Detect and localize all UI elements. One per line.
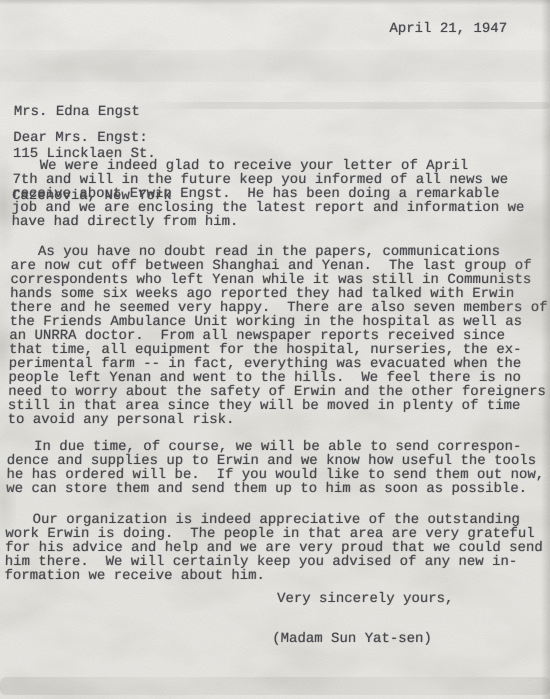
paragraph-3: In due time, of course, we will be able … bbox=[6, 440, 550, 496]
paragraph-4: Our organization is indeed appreciative … bbox=[4, 513, 550, 583]
letter-date: April 21, 1947 bbox=[389, 22, 507, 36]
letter-page: April 21, 1947 Mrs. Edna Engst 115 Linck… bbox=[0, 0, 550, 699]
letter-content: April 21, 1947 Mrs. Edna Engst 115 Linck… bbox=[0, 0, 550, 699]
signature-name: (Madam Sun Yat-sen) bbox=[272, 632, 432, 646]
recipient-name: Mrs. Edna Engst bbox=[14, 105, 174, 119]
paragraph-1: We were indeed glad to receive your lett… bbox=[11, 159, 550, 229]
salutation: Dear Mrs. Engst: bbox=[13, 131, 148, 145]
closing: Very sincerely yours, bbox=[277, 592, 454, 606]
paragraph-2: As you have no doubt read in the papers,… bbox=[7, 245, 550, 427]
